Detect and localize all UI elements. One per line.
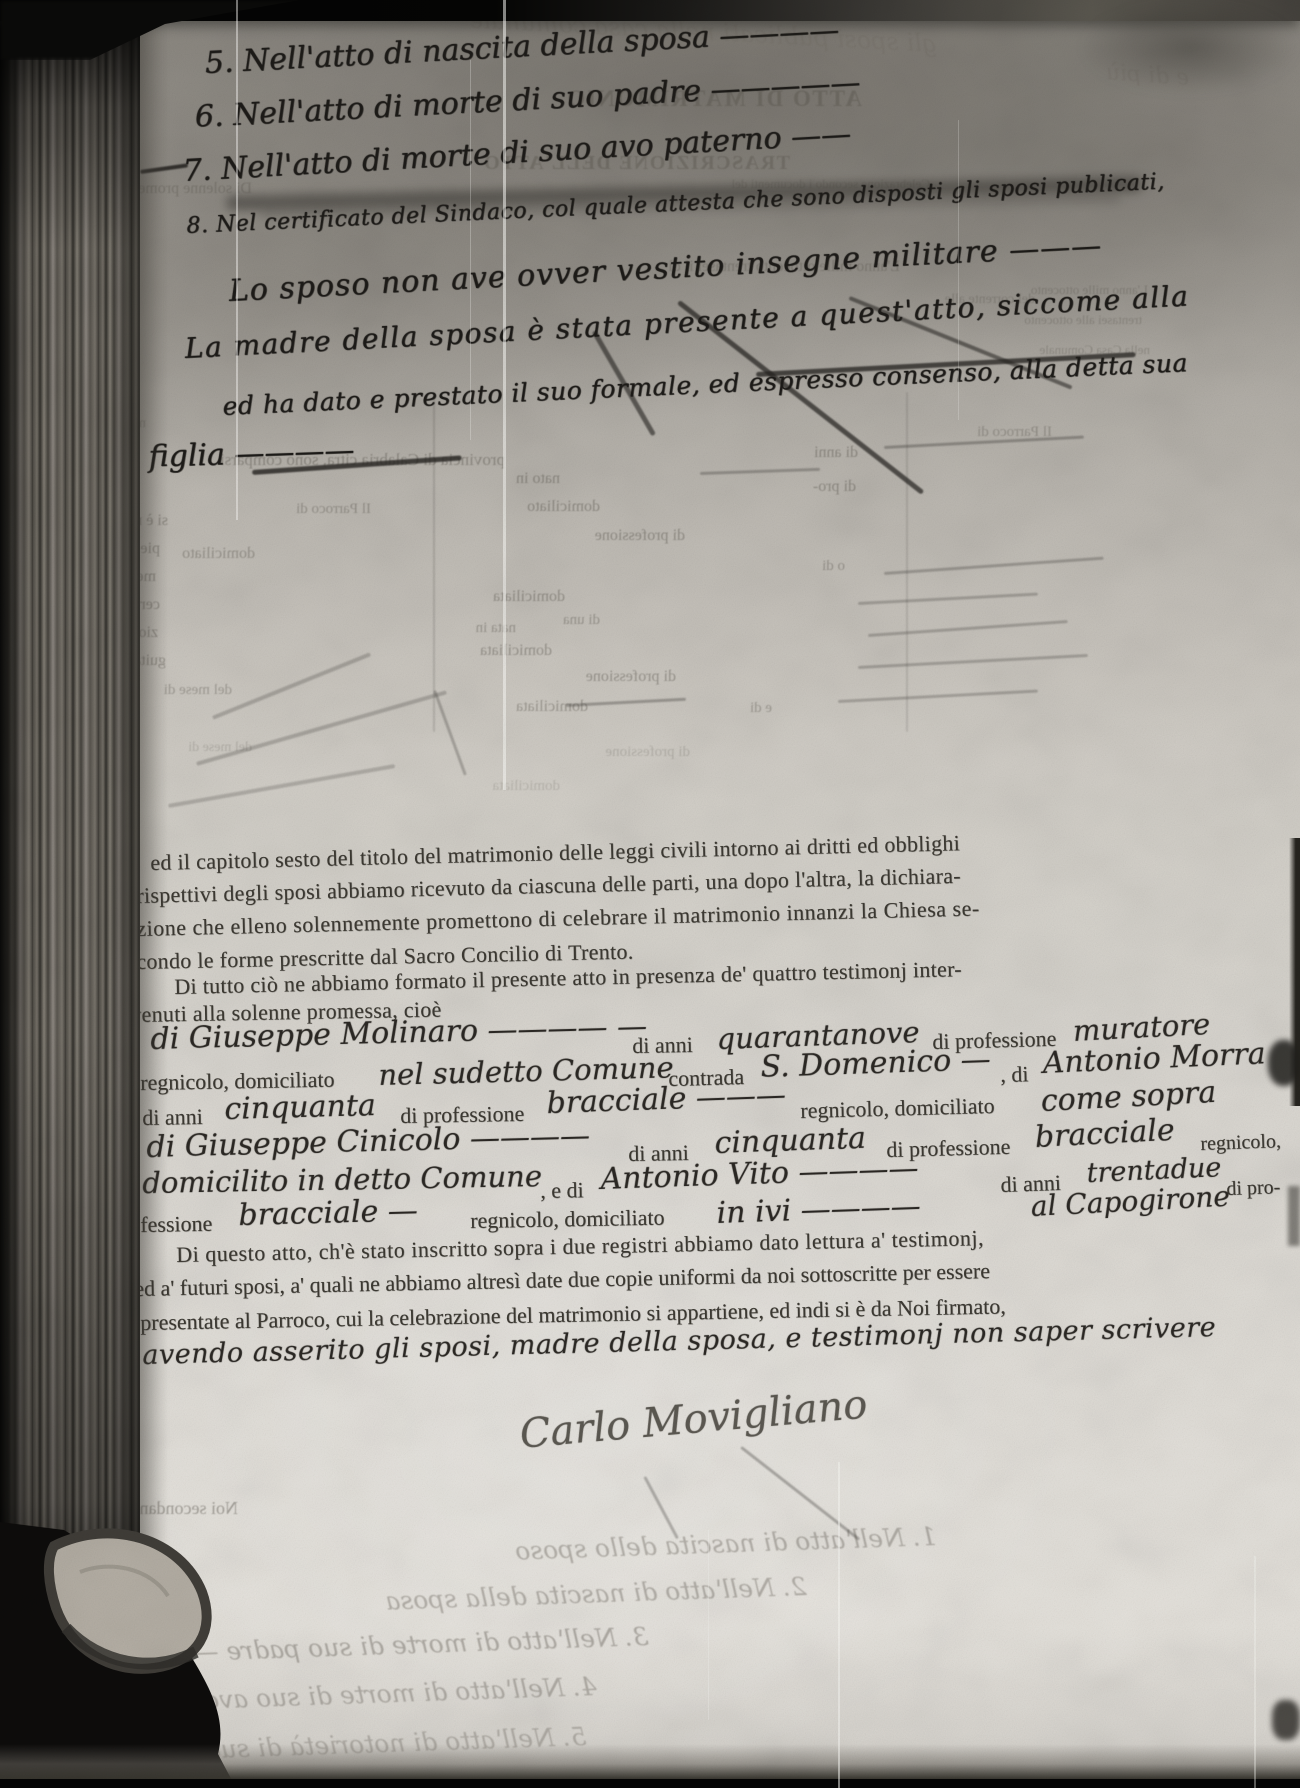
printed-act-line: contrada xyxy=(668,1064,744,1092)
printed-act-line: zione che elleno solennemente promettono… xyxy=(136,895,980,942)
ink-flourish-stroke xyxy=(643,1476,679,1539)
ink-flourish-stroke xyxy=(252,455,462,475)
handwritten-entry: Antonio Morra xyxy=(1042,1036,1266,1081)
ink-flourish-stroke xyxy=(849,296,1073,390)
bleedthrough-printed-text: nato in xyxy=(516,470,560,488)
printed-act-line: , di xyxy=(1000,1061,1029,1088)
handwritten-entry: cinquanta xyxy=(714,1121,867,1161)
scanned-register-page: ATTO DI MATRIMONIOTRASCRIZIONE DELL'ATTO… xyxy=(0,0,1300,1788)
ink-flourish-stroke xyxy=(756,352,1136,377)
printed-act-line: ed il capitolo sesto del titolo del matr… xyxy=(150,830,960,876)
bleedthrough-printed-text: Il Parroco di xyxy=(977,424,1052,441)
bleedthrough-printed-text: TRASCRIZIONE DELL'ATTO xyxy=(483,152,790,175)
printed-act-line: regnicolo, domiciliato xyxy=(140,1067,335,1096)
printed-act-line: di professione xyxy=(886,1134,1011,1163)
handwritten-entry: avendo asserito gli sposi, madre della s… xyxy=(142,1312,1217,1371)
ink-flourish-stroke xyxy=(566,698,686,707)
printed-act-line: regnicolo, domiciliato xyxy=(800,1093,995,1124)
printed-act-line: di professione xyxy=(400,1101,524,1129)
bleedthrough-printed-text: del corrente alle xyxy=(945,292,1035,308)
ink-flourish-stroke xyxy=(740,1446,860,1541)
printed-act-line: di pro- xyxy=(1226,1176,1281,1201)
scan-bottom-edge xyxy=(0,1779,1300,1788)
handwritten-entry: bracciale — xyxy=(238,1193,418,1233)
bleedthrough-printed-text: domiciliato xyxy=(527,498,600,516)
bleedthrough-printed-text: di anni xyxy=(814,444,858,462)
bleedthrough-printed-text: domiciliata xyxy=(480,642,552,660)
scan-scratch-line xyxy=(236,0,238,520)
printed-act-line: ed a' futuri sposi, a' quali ne abbiamo … xyxy=(134,1258,990,1302)
ink-flourish-stroke xyxy=(433,690,467,776)
bleedthrough-printed-text: di pro- xyxy=(813,478,856,496)
ink-flourish-stroke xyxy=(884,436,1084,449)
ink-flourish-stroke xyxy=(838,690,1038,703)
scan-corner-shadow xyxy=(1080,0,1300,95)
printed-act-line: di professione xyxy=(932,1026,1057,1055)
bleedthrough-printed-text: o di xyxy=(822,558,845,575)
bleedthrough-printed-text: L'anno mille ottocento xyxy=(1031,282,1148,298)
handwritten-entry: Antonio Vito ———— xyxy=(600,1151,919,1197)
bleedthrough-printed-text: domiciliata xyxy=(493,588,565,606)
printed-act-line: di anni xyxy=(1000,1170,1061,1198)
handwritten-entry: bracciale ——— xyxy=(546,1078,786,1121)
bleedthrough-printed-text: e di xyxy=(750,700,772,717)
printed-act-line: regnicolo, domiciliato xyxy=(470,1205,665,1234)
ink-flourish-stroke xyxy=(858,654,1088,669)
handwritten-annotation-line: ed ha dato e prestato il suo formale, ed… xyxy=(222,348,1188,421)
handwritten-entry: cinquanta xyxy=(224,1088,376,1127)
scan-scratch-line xyxy=(470,60,471,440)
bleedthrough-handwriting: 1. Nell'atto di nascita dello sposo xyxy=(515,1522,937,1566)
ink-blot xyxy=(1272,1700,1300,1740)
handwritten-entry: come sopra xyxy=(1040,1075,1217,1119)
ink-flourish-stroke xyxy=(433,392,435,732)
printed-act-line: di anni xyxy=(628,1140,689,1167)
ink-flourish-stroke xyxy=(212,652,371,719)
handwritten-entry: domicilito in detto Comune xyxy=(142,1159,542,1200)
scan-scratch-line xyxy=(708,1530,709,1720)
ink-flourish-stroke xyxy=(884,557,1104,575)
printed-act-line: Di questo atto, ch'è stato inscritto sop… xyxy=(176,1225,984,1268)
handwritten-entry: al Capogirone xyxy=(1030,1180,1231,1223)
bleedthrough-printed-text: di professione xyxy=(586,668,676,686)
ink-flourish-stroke xyxy=(196,690,447,766)
bleedthrough-printed-text: del mese di xyxy=(188,740,252,756)
handwritten-entry: trentadue xyxy=(1086,1152,1222,1189)
bleedthrough-printed-text: trentasei alle ottocento xyxy=(1024,312,1142,328)
ink-flourish-stroke xyxy=(700,468,820,475)
handwritten-entry: muratore xyxy=(1072,1007,1211,1048)
bleedthrough-printed-text: domiciliato xyxy=(182,545,255,563)
handwritten-entry: di Giuseppe Cinicolo ———— xyxy=(146,1118,590,1165)
handwritten-annotation-line: 5. Nell'atto di nascita della sposa ———— xyxy=(204,13,840,81)
printed-act-line: venuti alla solenne promessa, cioè xyxy=(130,997,442,1028)
scan-scratch-line xyxy=(503,0,506,790)
handwritten-annotation-line: figlia ———— xyxy=(148,433,355,475)
ink-flourish-stroke xyxy=(592,330,656,436)
printed-act-line: rispettivi degli sposi abbiamo ricevuto … xyxy=(136,863,961,909)
handwritten-entry: S. Domenico — xyxy=(760,1042,991,1085)
ink-flourish-stroke xyxy=(868,620,1068,637)
scan-right-edge xyxy=(1288,1186,1300,1246)
printed-act-line: condo le forme prescritte dal Sacro Conc… xyxy=(136,939,634,975)
printed-act-line: Di tutto ciò ne abbiamo formato il prese… xyxy=(174,956,962,1000)
ink-blot xyxy=(1268,1040,1300,1086)
bleedthrough-printed-text: nella Casa Comunale xyxy=(1040,342,1150,358)
bleedthrough-handwriting: 2. Nell'atto di nascita della sposa xyxy=(385,1572,807,1616)
bleedthrough-printed-text: provincia di Calabria citra, sono compar… xyxy=(220,450,505,470)
printed-act-line: , e di xyxy=(540,1177,584,1204)
handwritten-annotation-line: 6. Nell'atto di morte di suo padre ————— xyxy=(194,65,861,135)
bleedthrough-printed-text: di professione xyxy=(605,744,690,761)
ink-flourish-stroke xyxy=(168,764,395,808)
bleedthrough-printed-text: di una xyxy=(563,612,600,629)
handwritten-entry: di Giuseppe Molinaro ———— — xyxy=(150,1009,647,1057)
scan-scratch-line xyxy=(958,120,959,420)
officiant-signature: Carlo Movigliano xyxy=(518,1382,869,1458)
handwritten-entry: quarantanove xyxy=(716,1015,920,1056)
handwritten-annotation-line: 7. Nell'atto di morte di suo avo paterno… xyxy=(182,117,852,189)
ink-flourish-stroke xyxy=(906,392,908,732)
handwritten-annotation-line: La madre della sposa è stata presente a … xyxy=(184,279,1190,365)
bleedthrough-printed-text: del mese di xyxy=(164,682,232,699)
ink-flourish-stroke xyxy=(858,593,1038,605)
handwritten-entry: in ivi ———— xyxy=(716,1189,921,1231)
bleedthrough-printed-text: di professione xyxy=(595,527,685,545)
scan-scratch-line xyxy=(838,1462,840,1788)
bleedthrough-printed-text: L'anno mille ottocento trentasei il dì xyxy=(668,258,900,276)
handwritten-entry: bracciale xyxy=(1034,1113,1176,1155)
printed-act-line: regnicolo, xyxy=(1200,1130,1281,1156)
handwritten-entry: nel sudetto Comune xyxy=(378,1050,674,1092)
printed-act-line: presentate al Parroco, cui la celebrazio… xyxy=(140,1293,1006,1336)
printed-act-line: di anni xyxy=(632,1032,693,1059)
bleedthrough-printed-text: domiciliata xyxy=(516,698,588,716)
bleedthrough-printed-text: domiciliata xyxy=(493,778,560,795)
bleedthrough-printed-text: ATTO DI MATRIMONIO xyxy=(565,86,862,112)
ink-flourish-stroke xyxy=(677,300,924,495)
bleedthrough-printed-text: nata in xyxy=(476,620,516,637)
handwritten-annotation-line: Lo sposo non ave ovver vestito insegne m… xyxy=(228,228,1103,309)
bleedthrough-printed-text: Il Parroco di xyxy=(296,501,371,518)
